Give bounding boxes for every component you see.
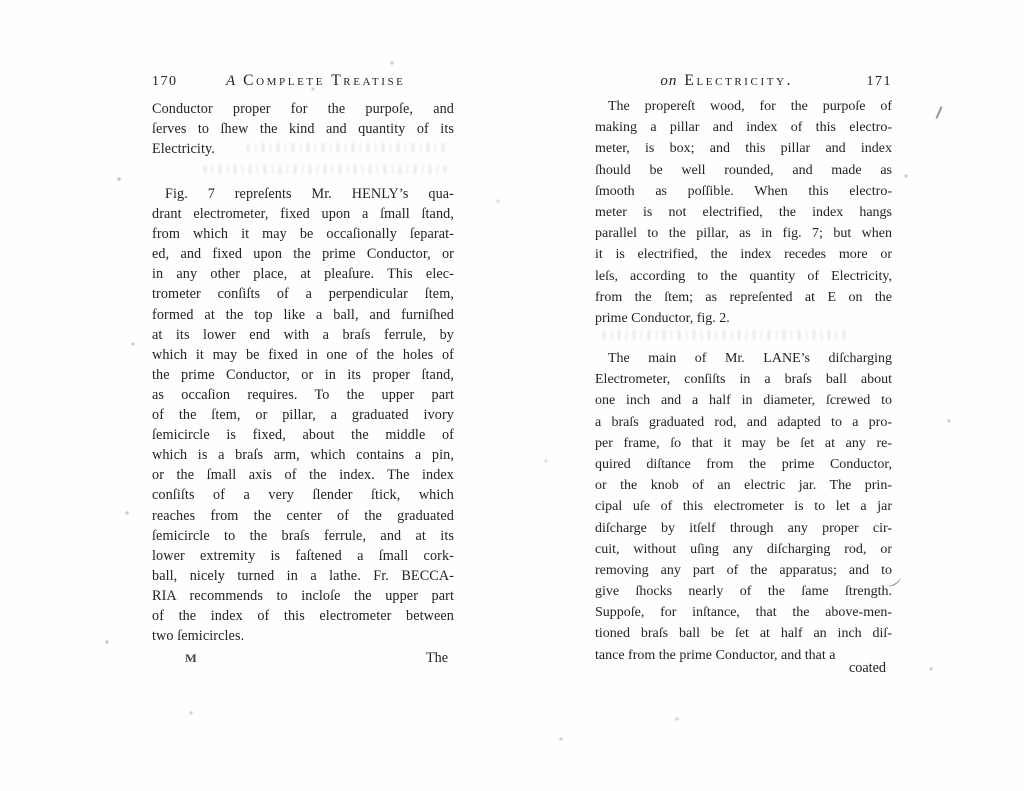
text-line: from the ſtem; as repreſented at E on th… (595, 287, 892, 308)
text-line: Fig. 7 repreſents Mr. HENLY’s qua- (152, 184, 454, 204)
text-line: ed, and fixed upon the prime Conductor, … (152, 244, 454, 264)
text-line: which it may be fixed in one of the hole… (152, 345, 454, 365)
text-line: cipal uſe of this electrometer is to let… (595, 496, 892, 517)
right-paragraph-2: The main of Mr. LANE’s diſchargingElectr… (595, 348, 892, 666)
text-line: one inch and a half in diameter, ſcrewed… (595, 390, 892, 411)
text-line: ball, nicely turned in a lathe. Fr. BECC… (152, 566, 454, 586)
text-line: tance from the prime Conductor, and that… (595, 645, 892, 666)
text-line: ſemicircle to the braſs ferrule, and at … (152, 526, 454, 546)
text-line: ſerves to ſhew the kind and quantity of … (152, 119, 454, 139)
text-line: The main of Mr. LANE’s diſcharging (595, 348, 892, 369)
bleed-through-ghost (247, 143, 447, 152)
text-line: quired diſtance from the prime Conductor… (595, 454, 892, 475)
left-paragraph-2: Fig. 7 repreſents Mr. HENLY’s qua-drant … (152, 184, 454, 646)
text-line: Electrometer, conſiſts in a braſs ball a… (595, 369, 892, 390)
text-line: trometer conſiſts of a perpendicular ſte… (152, 284, 454, 304)
right-running-title: onElectricity. (595, 72, 859, 90)
text-line: prime Conductor, fig. 2. (595, 308, 892, 329)
text-line: a braſs graduated rod, and adapted to a … (595, 412, 892, 433)
bleed-through-ghost (603, 330, 849, 340)
text-line: from which it may be occaſionally ſepara… (152, 224, 454, 244)
left-title-text: Complete Treatise (243, 72, 405, 89)
left-page: 170 AComplete Treatise Conductor proper … (152, 72, 454, 712)
text-line: ſhould be well rounded, and made as (595, 160, 892, 181)
text-line: Conductor proper for the purpoſe, and (152, 99, 454, 119)
text-line: lower extremity is faſtened a ſmall cork… (152, 546, 454, 566)
left-title-prefix: A (226, 73, 236, 89)
text-line: two ſemicircles. (152, 626, 454, 646)
left-running-title: AComplete Treatise (178, 72, 455, 90)
text-line: it is electrified, the index recedes mor… (595, 244, 892, 265)
left-running-head: 170 AComplete Treatise (152, 72, 454, 92)
text-line: The propereſt wood, for the purpoſe of (595, 96, 892, 117)
right-title-prefix: on (660, 73, 677, 89)
text-line: give ſhocks nearly of the ſame ſtrength. (595, 581, 892, 602)
right-running-head: onElectricity. 171 (595, 72, 892, 92)
text-line: as occaſion requires. To the upper part (152, 385, 454, 405)
scan-speckles (0, 0, 2, 2)
text-line: ſemicircle is fixed, about the middle of (152, 425, 454, 445)
text-line: diſcharge by itſelf through any proper c… (595, 518, 892, 539)
text-line: drant electrometer, fixed upon a ſmall ſ… (152, 204, 454, 224)
text-line: Suppoſe, for inſtance, that the above-me… (595, 602, 892, 623)
stray-mark (935, 106, 942, 119)
bleed-through-ghost (204, 165, 446, 174)
text-line: in any other place, at pleaſure. This el… (152, 264, 454, 284)
text-line: reaches from the center of the graduated (152, 506, 454, 526)
right-catchword: coated (849, 660, 886, 677)
text-line: leſs, according to the quantity of Elect… (595, 266, 892, 287)
right-title-text: Electricity. (684, 72, 793, 89)
text-line: tioned braſs ball be ſet at half an inch… (595, 623, 892, 644)
text-line: or the ſmall axis of the index. The inde… (152, 465, 454, 485)
right-page-number: 171 (867, 74, 893, 90)
text-line: removing any part of the apparatus; and … (595, 560, 892, 581)
text-line: or the knob of an electric jar. The prin… (595, 475, 892, 496)
text-line: conſiſts of a very ſlender ſtick, which (152, 485, 454, 505)
text-line: the prime Conductor, or in its proper ſt… (152, 365, 454, 385)
right-page: onElectricity. 171 The propereſt wood, f… (595, 72, 892, 712)
text-line: parallel to the pillar, as in fig. 7; bu… (595, 223, 892, 244)
text-line: ſmooth as poſſible. When this electro- (595, 181, 892, 202)
text-line: making a pillar and index of this electr… (595, 117, 892, 138)
text-line: meter, is box; and this pillar and index (595, 138, 892, 159)
right-paragraph-1: The propereſt wood, for the purpoſe ofma… (595, 96, 892, 329)
book-scan: 170 AComplete Treatise Conductor proper … (0, 0, 1024, 791)
left-catchword: The (426, 650, 448, 667)
left-page-number: 170 (152, 74, 178, 90)
text-line: meter is not electrified, the index hang… (595, 202, 892, 223)
text-line: which is a braſs arm, which contains a p… (152, 445, 454, 465)
text-line: per frame, ſo that it may be ſet at any … (595, 433, 892, 454)
text-line: of the index of this electrometer betwee… (152, 606, 454, 626)
text-line: RIA recommends to incloſe the upper part (152, 586, 454, 606)
signature-mark: M (185, 651, 197, 665)
text-line: at its lower end with a braſs ferrule, b… (152, 325, 454, 345)
text-line: formed at the top like a ball, and furni… (152, 305, 454, 325)
text-line: cuit, without uſing any diſcharging rod,… (595, 539, 892, 560)
text-line: of the ſtem, or pillar, a graduated ivor… (152, 405, 454, 425)
